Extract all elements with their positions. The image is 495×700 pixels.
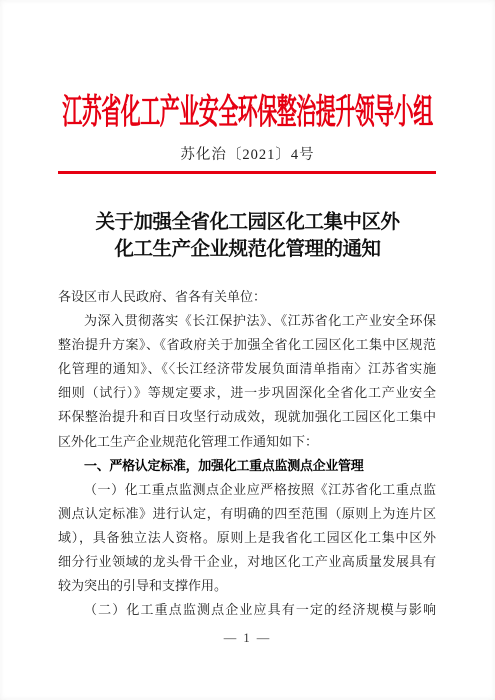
body-line: 整治提升方案》、《省政府关于加强全省化工园区化工集中区规范 — [58, 333, 436, 357]
letterhead-org-title: 江苏省化工产业安全环保整治提升领导小组 — [62, 84, 433, 142]
document-title-line1: 关于加强全省化工园区化工集中区外 — [0, 209, 495, 236]
body-line: 为深入贯彻落实《长江保护法》、《江苏省化工产业安全环保 — [58, 309, 436, 333]
body-line: 域），具备独立法人资格。原则上是我省化工园区化工集中区外 — [58, 526, 436, 550]
document-body: 各设区市人民政府、省各有关单位： 为深入贯彻落实《长江保护法》、《江苏省化工产业… — [58, 285, 436, 622]
body-line: 细则（试行）》等规定要求，进一步巩固深化全省化工产业安全 — [58, 381, 436, 405]
page-number: — 1 — — [0, 631, 495, 646]
doc-reference-number: 苏化治〔2021〕4号 — [0, 143, 495, 164]
body-line: 区外化工生产企业规范化管理工作通知如下： — [58, 430, 436, 454]
body-line: （一）化工重点监测点企业应严格按照《江苏省化工重点监 — [58, 478, 436, 502]
document-title: 关于加强全省化工园区化工集中区外 化工生产企业规范化管理的通知 — [0, 209, 495, 263]
body-line-salutation: 各设区市人民政府、省各有关单位： — [58, 285, 436, 309]
red-divider-line — [58, 171, 436, 174]
body-line: 细分行业领域的龙头骨干企业，对地区化工产业高质量发展具有 — [58, 550, 436, 574]
body-line: 测点认定标准》进行认定，有明确的四至范围（原则上为连片区 — [58, 502, 436, 526]
body-line: （二）化工重点监测点企业应具有一定的经济规模与影响 — [58, 598, 436, 622]
letterhead: 江苏省化工产业安全环保整治提升领导小组 — [0, 96, 495, 130]
document-title-line2: 化工生产企业规范化管理的通知 — [0, 236, 495, 263]
section-heading: 一、严格认定标准，加强化工重点监测点企业管理 — [58, 454, 436, 478]
body-line: 较为突出的引导和支撑作用。 — [58, 574, 436, 598]
body-line: 化管理的通知》、《〈长江经济带发展负面清单指南〉江苏省实施 — [58, 357, 436, 381]
body-line: 环保整治提升和百日攻坚行动成效，现就加强化工园区化工集中 — [58, 405, 436, 429]
document-page: 江苏省化工产业安全环保整治提升领导小组 苏化治〔2021〕4号 关于加强全省化工… — [0, 0, 495, 700]
